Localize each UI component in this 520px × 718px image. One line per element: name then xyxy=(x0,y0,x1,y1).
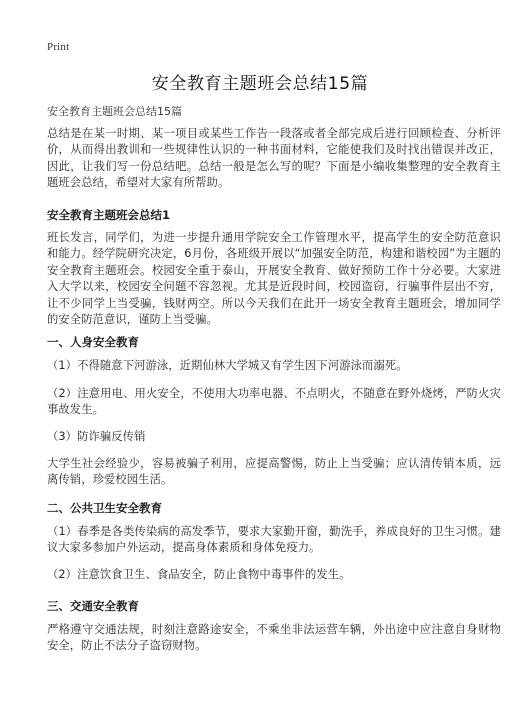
part-2-item-2: （2）注意饮食卫生、食品安全，防止食物中毒事件的发生。 xyxy=(47,567,501,583)
part-1-item-3: （3）防诈骗反传销 xyxy=(47,429,501,445)
section-1-paragraph: 班长发言，同学们，为进一步提升通用学院安全工作管理水平，提高学生的安全防范意识和… xyxy=(47,230,501,328)
page-title: 安全教育主题班会总结15篇 xyxy=(47,69,473,94)
part-3-paragraph: 严格遵守交通法规，时刻注意路途安全，不乘坐非法运营车辆，外出途中应注意自身财物安… xyxy=(47,622,501,655)
part-1-item-3-body: 大学生社会经验少，容易被骗子利用，应提高警惕，防止上当受骗；应认清传销本质，远离… xyxy=(47,456,501,489)
part-3-heading: 三、交通安全教育 xyxy=(47,598,139,614)
part-2-heading: 二、公共卫生安全教育 xyxy=(47,500,162,516)
part-1-heading: 一、人身安全教育 xyxy=(47,334,139,350)
print-link[interactable]: Print xyxy=(47,41,69,53)
section-heading-1: 安全教育主题班会总结1 xyxy=(47,207,170,223)
part-1-item-1: （1）不得随意下河游泳，近期仙林大学城又有学生因下河游泳而溺死。 xyxy=(47,358,501,374)
part-1-item-2: （2）注意用电、用火安全，不使用大功率电器、不点明火，不随意在野外烧烤，严防火灾… xyxy=(47,386,501,419)
intro-paragraph: 总结是在某一时期、某一项目或某些工作告一段落或者全部完成后进行回顾检查、分析评价… xyxy=(47,126,501,192)
part-2-item-1: （1）春季是各类传染病的高发季节，要求大家勤开窗，勤洗手，养成良好的卫生习惯。建… xyxy=(47,524,501,557)
document-subtitle: 安全教育主题班会总结15篇 xyxy=(47,103,182,119)
